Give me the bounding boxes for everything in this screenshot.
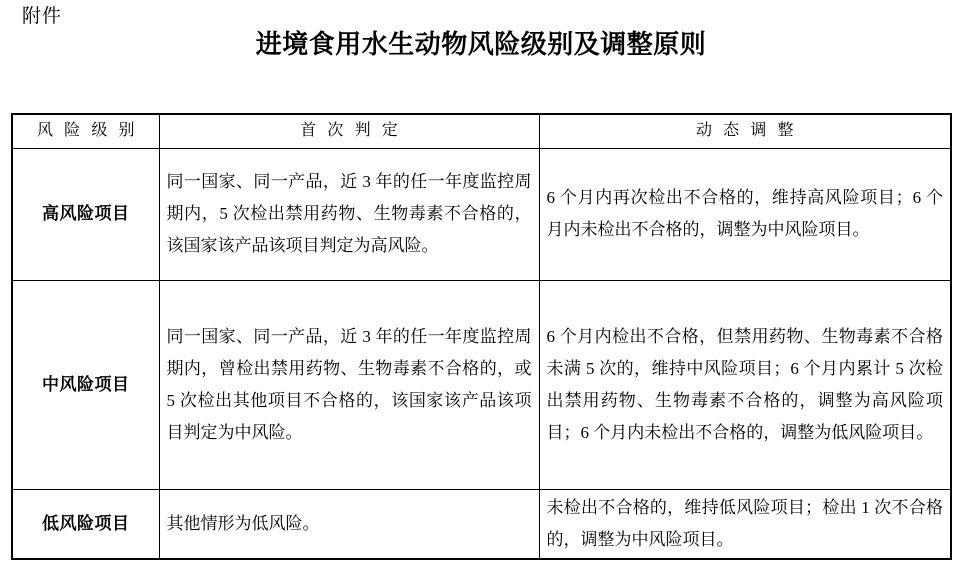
table-row-high-risk: 高风险项目 同一国家、同一产品，近 3 年的任一年度监控周期内，5 次检出禁用药… (12, 148, 951, 280)
medium-risk-initial-text: 同一国家、同一产品，近 3 年的任一年度监控周期内，曾检出禁用药物、生物毒素不合… (159, 280, 539, 489)
high-risk-adjustment-text: 6 个月内再次检出不合格的，维持高风险项目；6 个月内未检出不合格的，调整为中风… (539, 148, 951, 280)
document-title: 进境食用水生动物风险级别及调整原则 (0, 26, 962, 62)
low-risk-level-label: 低风险项目 (12, 489, 159, 559)
document-page: 附件 进境食用水生动物风险级别及调整原则 风险级别 首次判定 动态调整 高风险项… (0, 0, 962, 563)
table-row-medium-risk: 中风险项目 同一国家、同一产品，近 3 年的任一年度监控周期内，曾检出禁用药物、… (12, 280, 951, 489)
header-risk-level: 风险级别 (12, 114, 159, 148)
header-initial-determination: 首次判定 (159, 114, 539, 148)
header-dynamic-adjustment: 动态调整 (539, 114, 951, 148)
low-risk-adjustment-text: 未检出不合格的，维持低风险项目；检出 1 次不合格的，调整为中风险项目。 (539, 489, 951, 559)
high-risk-level-label: 高风险项目 (12, 148, 159, 280)
table-header-row: 风险级别 首次判定 动态调整 (12, 114, 951, 148)
high-risk-initial-text: 同一国家、同一产品，近 3 年的任一年度监控周期内，5 次检出禁用药物、生物毒素… (159, 148, 539, 280)
table-row-low-risk: 低风险项目 其他情形为低风险。 未检出不合格的，维持低风险项目；检出 1 次不合… (12, 489, 951, 559)
risk-level-table: 风险级别 首次判定 动态调整 高风险项目 同一国家、同一产品，近 3 年的任一年… (11, 113, 952, 560)
low-risk-initial-text: 其他情形为低风险。 (159, 489, 539, 559)
medium-risk-adjustment-text: 6 个月内检出不合格，但禁用药物、生物毒素不合格未满 5 次的，维持中风险项目；… (539, 280, 951, 489)
medium-risk-level-label: 中风险项目 (12, 280, 159, 489)
